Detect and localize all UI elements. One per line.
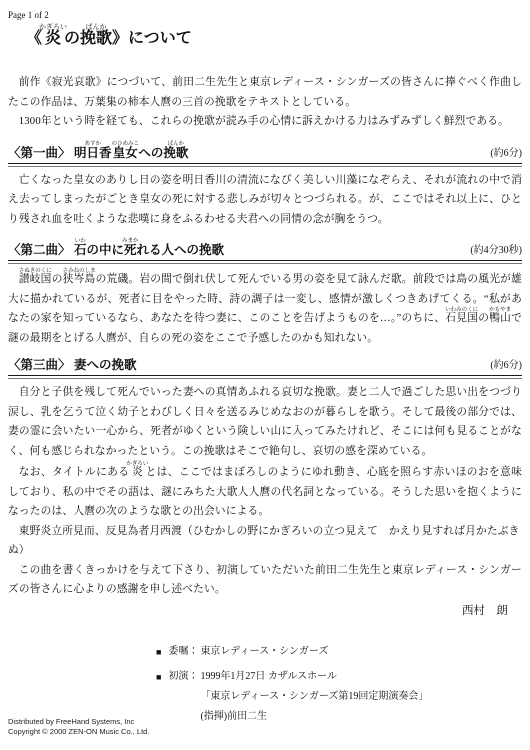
thanks-paragraph: この曲を書くきっかけを与えて下さり、初演していただいた前田二生先生と東京レディー… — [8, 561, 522, 600]
section-movement-1: 〈第一曲〉 明日香あすか皇女のひめみこへの挽歌ばんか (約6分) 亡くなった皇女… — [8, 141, 522, 230]
intro-paragraph: 前作《寂光哀歌》につづいて、前田二生先生と東京レディース・シンガーズの皆さんに捧… — [8, 73, 522, 112]
credits-block: ■ 委嘱： 東京レディース・シンガーズ ■ 初演： 1999年1月27日 カザル… — [156, 642, 522, 727]
closing-block: 東野炎立所見而、反見為者月西渡（ひむかしの野にかぎろいの立つ見えて かえり見すれ… — [8, 522, 522, 620]
section-3-body: 自分と子供を残して死んでいった妻への真情あふれる哀切な挽歌。妻と二人で過ごした思… — [8, 383, 522, 522]
section-1-title: 〈第一曲〉 明日香あすか皇女のひめみこへの挽歌ばんか — [8, 141, 188, 161]
distributor-line: Distributed by FreeHand Systems, Inc — [8, 717, 149, 727]
intro-paragraph: 1300年という時を経ても、これらの挽歌が読み手の心情に訴えかける力はみずみずし… — [8, 112, 522, 132]
section-3-title: 〈第三曲〉 妻への挽歌 — [8, 357, 136, 373]
credit-commission: ■ 委嘱： 東京レディース・シンガーズ — [156, 642, 522, 662]
poem-line: 東野炎立所見而、反見為者月西渡（ひむかしの野にかぎろいの立つ見えて かえり見すれ… — [8, 522, 522, 561]
credit-value: 東京レディース・シンガーズ — [200, 642, 328, 662]
page-title: 《炎かぎろいの挽歌ばんか》について — [26, 24, 522, 49]
credit-label: 委嘱： — [168, 642, 198, 662]
square-bullet-icon: ■ — [156, 642, 161, 662]
section-2-title: 〈第二曲〉 石いわの中に死みまかれる人への挽歌 — [8, 238, 224, 258]
document-page: Page 1 of 2 《炎かぎろいの挽歌ばんか》について 前作《寂光哀歌》につ… — [0, 0, 530, 750]
credit-label: 初演： — [168, 667, 198, 687]
section-3-duration: (約6分) — [490, 359, 522, 373]
credit-value: (指揮)前田二生 — [200, 707, 428, 727]
heading-rule — [8, 375, 522, 379]
heading-rule — [8, 163, 522, 167]
author-signature: 西村 朗 — [8, 602, 508, 620]
section-2-heading: 〈第二曲〉 石いわの中に死みまかれる人への挽歌 (約4分30秒) — [8, 238, 522, 264]
section-movement-3: 〈第三曲〉 妻への挽歌 (約6分) 自分と子供を残して死んでいった妻への真情あふ… — [8, 357, 522, 522]
paragraph: なお、タイトルにある炎かぎろいとは、ここではまぼろしのようにゆれ動き、心底を照ら… — [8, 461, 522, 522]
credit-value: 「東京レディース・シンガーズ第19回定期演奏会」 — [200, 687, 428, 707]
paragraph: 亡くなった皇女のありし日の姿を明日香川の清流になびく美しい川藻になぞらえ、それが… — [8, 171, 522, 230]
copyright-line: Copyright © 2000 ZEN-ON Music Co., Ltd. — [8, 727, 149, 737]
page-indicator: Page 1 of 2 — [8, 10, 522, 21]
paragraph: 自分と子供を残して死んでいった妻への真情あふれる哀切な挽歌。妻と二人で過ごした思… — [8, 383, 522, 461]
credit-premiere: ■ 初演： 1999年1月27日 カザルスホール 「東京レディース・シンガーズ第… — [156, 667, 522, 727]
credit-value: 1999年1月27日 カザルスホール — [200, 667, 428, 687]
heading-rule — [8, 260, 522, 264]
square-bullet-icon: ■ — [156, 667, 161, 687]
section-2-body: 讃岐国さぬきのくにの狭岑島さみねのしまの荒磯。岩の間で倒れ伏して死んでいる男の姿… — [8, 268, 522, 348]
paragraph: 讃岐国さぬきのくにの狭岑島さみねのしまの荒磯。岩の間で倒れ伏して死んでいる男の姿… — [8, 268, 522, 348]
section-1-heading: 〈第一曲〉 明日香あすか皇女のひめみこへの挽歌ばんか (約6分) — [8, 141, 522, 167]
section-1-body: 亡くなった皇女のありし日の姿を明日香川の清流になびく美しい川藻になぞらえ、それが… — [8, 171, 522, 230]
section-2-duration: (約4分30秒) — [470, 244, 522, 258]
section-movement-2: 〈第二曲〉 石いわの中に死みまかれる人への挽歌 (約4分30秒) 讃岐国さぬきの… — [8, 238, 522, 348]
footer-block: Distributed by FreeHand Systems, Inc Cop… — [8, 717, 149, 737]
section-3-heading: 〈第三曲〉 妻への挽歌 (約6分) — [8, 357, 522, 379]
intro-block: 前作《寂光哀歌》につづいて、前田二生先生と東京レディース・シンガーズの皆さんに捧… — [8, 73, 522, 132]
section-1-duration: (約6分) — [490, 147, 522, 161]
